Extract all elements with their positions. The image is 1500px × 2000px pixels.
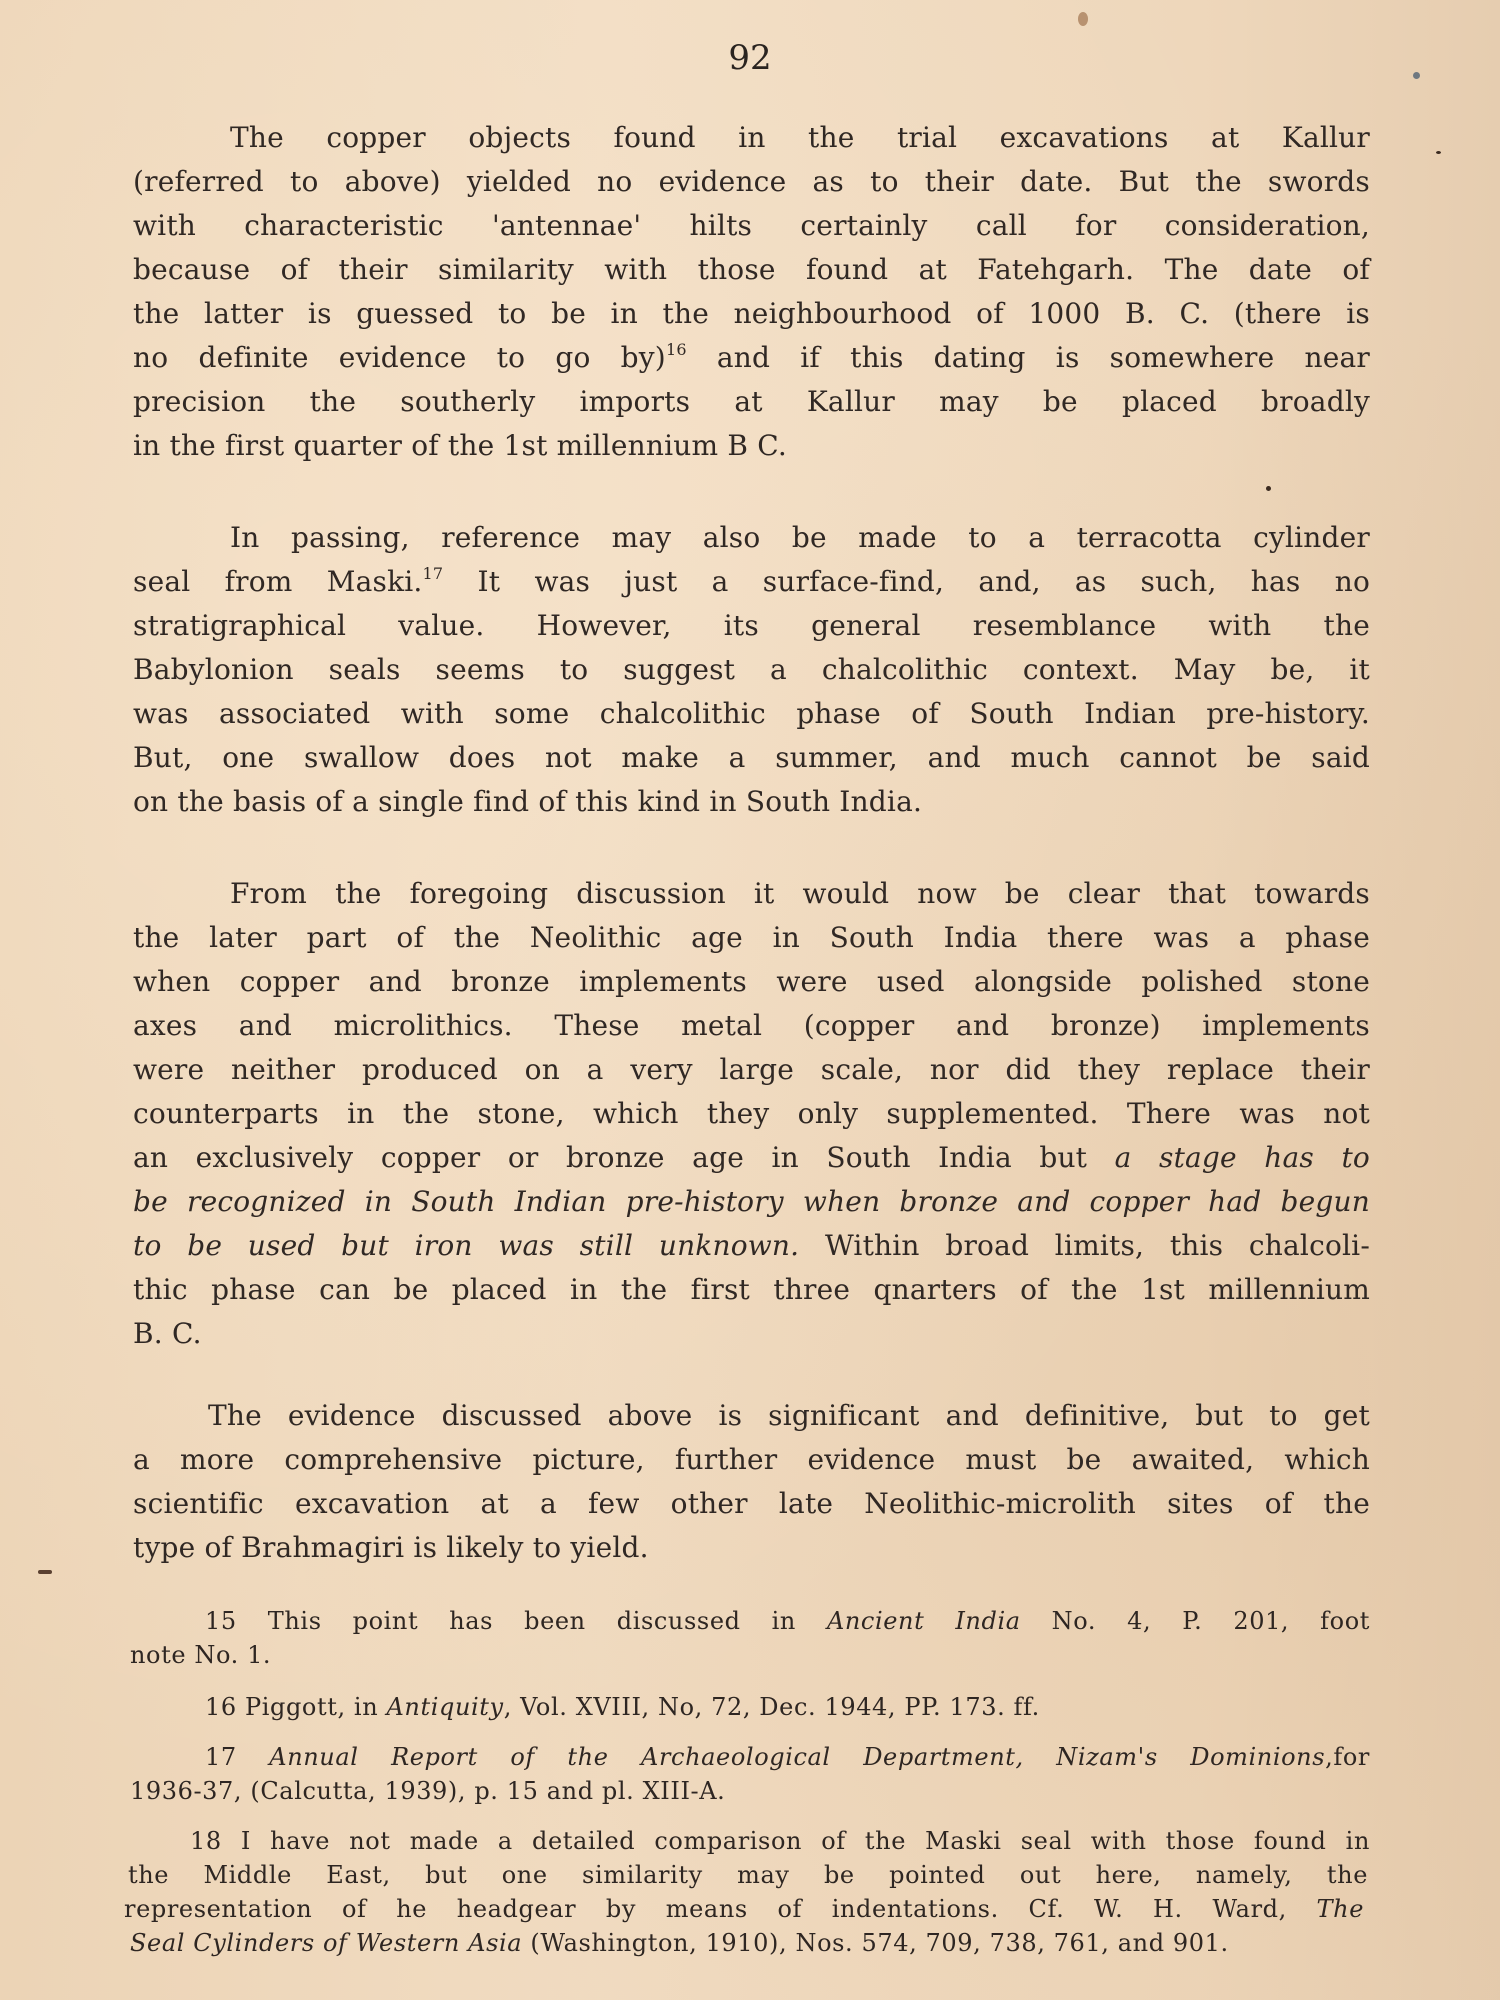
- footnote-number: 17: [205, 1743, 237, 1771]
- citation-title: Antiquity: [387, 1693, 504, 1721]
- emphasis-text: a stage has to: [1115, 1141, 1370, 1174]
- paper-speck: [1436, 151, 1441, 154]
- text-line: with characteristic 'antennae' hilts cer…: [133, 208, 1370, 244]
- text-line: In passing, reference may also be made t…: [230, 520, 1370, 556]
- text-line: the later part of the Neolithic age in S…: [133, 920, 1370, 956]
- footnote-18: 18 I have not made a detailed comparison…: [190, 1826, 1370, 1856]
- footnote-ref-16[interactable]: 16: [666, 340, 687, 359]
- footnote-17: 17 Annual Report of the Archaeological D…: [205, 1742, 1370, 1772]
- text-line: was associated with some chalcolithic ph…: [133, 696, 1370, 732]
- text-line: stratigraphical value. However, its gene…: [133, 608, 1370, 644]
- text-line: But, one swallow does not make a summer,…: [133, 740, 1370, 776]
- footnote-15: 15 This point has been discussed in Anci…: [205, 1606, 1370, 1636]
- emphasis-text: to be used but iron was still unknown.: [133, 1229, 799, 1262]
- text-line: precision the southerly imports at Kallu…: [133, 384, 1370, 420]
- paper-speck: [38, 1570, 52, 1574]
- text-span: representation of he headgear by means o…: [124, 1895, 1317, 1923]
- text-span: seal from Maski.: [133, 565, 423, 598]
- text-span: ,for: [1325, 1743, 1370, 1771]
- text-line: a more comprehensive picture, further ev…: [133, 1442, 1370, 1478]
- text-line: B. C.: [133, 1316, 1370, 1352]
- citation-title: Seal Cylinders of Western Asia: [130, 1929, 522, 1957]
- text-span: , Vol. XVIII, No, 72, Dec. 1944, PP. 173…: [504, 1693, 1040, 1721]
- footnote-16: 16 Piggott, in Antiquity, Vol. XVIII, No…: [205, 1692, 1370, 1722]
- text-span: No. 4, P. 201, foot: [1021, 1607, 1370, 1635]
- text-line: counterparts in the stone, which they on…: [133, 1096, 1370, 1132]
- footnote-18-line3: representation of he headgear by means o…: [124, 1894, 1364, 1924]
- citation-title: The: [1317, 1895, 1364, 1923]
- footnote-18-line4: Seal Cylinders of Western Asia (Washingt…: [130, 1928, 1370, 1958]
- text-line: the latter is guessed to be in the neigh…: [133, 296, 1370, 332]
- footnote-number: 15: [205, 1607, 237, 1635]
- text-line: because of their similarity with those f…: [133, 252, 1370, 288]
- text-span: This point has been discussed in: [268, 1607, 827, 1635]
- paper-stain: [1078, 12, 1088, 26]
- citation-title: Annual Report of the Archaeological Depa…: [269, 1743, 1325, 1771]
- text-span: It was just a surface-find, and, as such…: [443, 565, 1370, 598]
- emphasis-text: be recognized in South Indian pre-histor…: [133, 1185, 1370, 1218]
- footnote-17-cont: 1936-37, (Calcutta, 1939), p. 15 and pl.…: [130, 1776, 1370, 1806]
- footnote-number: 18: [190, 1827, 222, 1855]
- text-line: Babylonion seals seems to suggest a chal…: [133, 652, 1370, 688]
- text-line: seal from Maski.17 It was just a surface…: [133, 564, 1370, 600]
- text-span: and if this dating is somewhere near: [687, 341, 1370, 374]
- text-line: when copper and bronze implements were u…: [133, 964, 1370, 1000]
- text-span: (Washington, 1910), Nos. 574, 709, 738, …: [522, 1929, 1229, 1957]
- text-span: Within broad limits, this chalcoli-: [799, 1229, 1370, 1262]
- text-line: in the first quarter of the 1st millenni…: [133, 428, 1370, 464]
- footnote-15-cont: note No. 1.: [130, 1640, 1370, 1670]
- page-number: 92: [0, 38, 1500, 78]
- text-line: (referred to above) yielded no evidence …: [133, 164, 1370, 200]
- text-line: thic phase can be placed in the first th…: [133, 1272, 1370, 1308]
- text-line: The evidence discussed above is signific…: [208, 1398, 1370, 1434]
- text-line: The copper objects found in the trial ex…: [230, 120, 1370, 156]
- text-line: on the basis of a single find of this ki…: [133, 784, 1370, 820]
- text-line: type of Brahmagiri is likely to yield.: [133, 1530, 1370, 1566]
- footnote-18-line2: the Middle East, but one similarity may …: [128, 1860, 1368, 1890]
- text-line: an exclusively copper or bronze age in S…: [133, 1140, 1370, 1176]
- citation-title: Ancient India: [827, 1607, 1021, 1635]
- text-span: no definite evidence to go by): [133, 341, 666, 374]
- text-line: scientific excavation at a few other lat…: [133, 1486, 1370, 1522]
- footnote-number: 16: [205, 1693, 237, 1721]
- text-line: From the foregoing discussion it would n…: [230, 876, 1370, 912]
- text-line: be recognized in South Indian pre-histor…: [133, 1184, 1370, 1220]
- text-line: were neither produced on a very large sc…: [133, 1052, 1370, 1088]
- text-span: an exclusively copper or bronze age in S…: [133, 1141, 1115, 1174]
- text-line: no definite evidence to go by)16 and if …: [133, 340, 1370, 376]
- text-line: to be used but iron was still unknown. W…: [133, 1228, 1370, 1264]
- text-span: I have not made a detailed comparison of…: [241, 1827, 1370, 1855]
- paper-speck: [1266, 486, 1271, 491]
- footnote-ref-17[interactable]: 17: [423, 564, 444, 583]
- text-line: axes and microlithics. These metal (copp…: [133, 1008, 1370, 1044]
- text-span: Piggott, in: [245, 1693, 387, 1721]
